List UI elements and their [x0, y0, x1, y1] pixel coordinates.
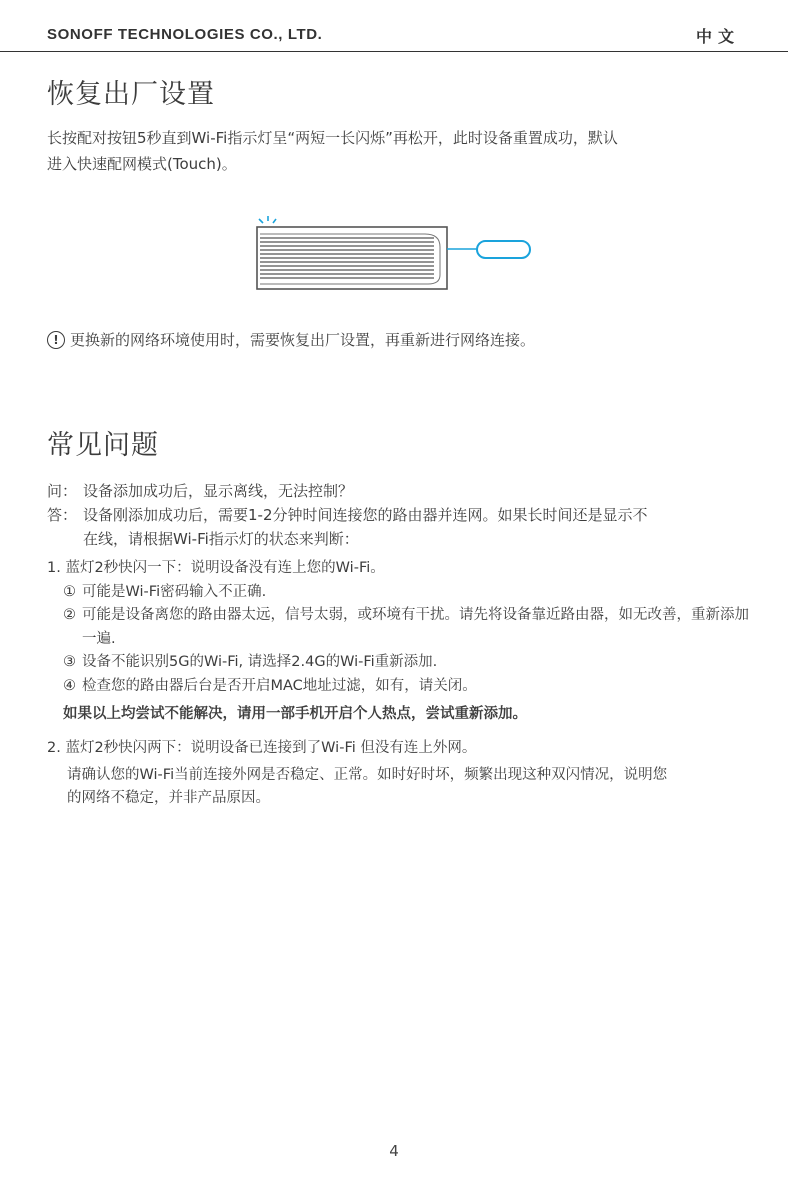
- item-number: ②: [63, 604, 82, 651]
- answer: 答： 设备刚添加成功后，需要1-2分钟时间连接您的路由器并连网。如果长时间还是显…: [47, 503, 762, 551]
- sonoff-device-illustration: [240, 205, 550, 305]
- case-2-title: 2. 蓝灯2秒快闪两下：说明设备已连接到了Wi-Fi 但没有连上外网。: [47, 737, 762, 761]
- body-line: 的网络不稳定，并非产品原因。: [67, 787, 762, 811]
- item-number: ④: [63, 675, 82, 699]
- case-2: 2. 蓝灯2秒快闪两下：说明设备已连接到了Wi-Fi 但没有连上外网。 请确认您…: [47, 737, 762, 811]
- item-text: 可能是Wi-Fi密码输入不正确.: [82, 581, 266, 605]
- note-text: 更换新的网络环境使用时，需要恢复出厂设置，再重新进行网络连接。: [70, 329, 535, 350]
- answer-label: 答：: [47, 503, 83, 551]
- faq-title: 常见问题: [47, 423, 159, 462]
- factory-reset-title: 恢复出厂设置: [47, 72, 215, 111]
- pairing-button-callout: [477, 241, 530, 258]
- page-number: 4: [0, 1142, 788, 1160]
- body-line: 进入快速配网模式(Touch)。: [47, 151, 747, 177]
- case-2-body: 请确认您的Wi-Fi当前连接外网是否稳定、正常。如时好时坏，频繁出现这种双闪情况…: [47, 764, 762, 811]
- led-flash-icon: [259, 216, 276, 223]
- item-text: 检查您的路由器后台是否开启MAC地址过滤，如有，请关闭。: [82, 675, 477, 699]
- item-text: 设备不能识别5G的Wi-Fi, 请选择2.4G的Wi-Fi重新添加.: [82, 651, 437, 675]
- answer-line: 设备刚添加成功后，需要1-2分钟时间连接您的路由器并连网。如果长时间还是显示不: [83, 506, 648, 524]
- reset-note: ! 更换新的网络环境使用时，需要恢复出厂设置，再重新进行网络连接。: [47, 329, 535, 350]
- faq-qa: 问： 设备添加成功后，显示离线，无法控制？ 答： 设备刚添加成功后，需要1-2分…: [47, 479, 762, 551]
- body-line: 请确认您的Wi-Fi当前连接外网是否稳定、正常。如时好时坏，频繁出现这种双闪情况…: [67, 764, 762, 788]
- list-item: ④ 检查您的路由器后台是否开启MAC地址过滤，如有，请关闭。: [47, 675, 762, 699]
- question-text: 设备添加成功后，显示离线，无法控制？: [83, 479, 353, 503]
- case-1: 1. 蓝灯2秒快闪一下：说明设备没有连上您的Wi-Fi。 ① 可能是Wi-Fi密…: [47, 557, 762, 727]
- case-1-title: 1. 蓝灯2秒快闪一下：说明设备没有连上您的Wi-Fi。: [47, 557, 762, 581]
- question-label: 问：: [47, 479, 83, 503]
- factory-reset-body: 长按配对按钮5秒直到Wi-Fi指示灯呈“两短一长闪烁”再松开，此时设备重置成功，…: [47, 125, 747, 177]
- item-text: 可能是设备离您的路由器太远，信号太弱，或环境有干扰。请先将设备靠近路由器，如无改…: [82, 604, 762, 651]
- answer-line: 在线，请根据Wi-Fi指示灯的状态来判断：: [83, 530, 359, 548]
- item-number: ③: [63, 651, 82, 675]
- hotspot-tip: 如果以上均尝试不能解决，请用一部手机开启个人热点，尝试重新添加。: [47, 703, 762, 727]
- body-line: 长按配对按钮5秒直到Wi-Fi指示灯呈“两短一长闪烁”再松开，此时设备重置成功，…: [47, 125, 747, 151]
- answer-text: 设备刚添加成功后，需要1-2分钟时间连接您的路由器并连网。如果长时间还是显示不 …: [83, 503, 648, 551]
- language-label: 中文: [696, 24, 740, 47]
- exclamation-circle-icon: !: [47, 331, 65, 349]
- page-header: SONOFF TECHNOLOGIES CO., LTD. 中文: [0, 0, 788, 52]
- question: 问： 设备添加成功后，显示离线，无法控制？: [47, 479, 762, 503]
- company-name: SONOFF TECHNOLOGIES CO., LTD.: [47, 26, 322, 43]
- list-item: ① 可能是Wi-Fi密码输入不正确.: [47, 581, 762, 605]
- list-item: ② 可能是设备离您的路由器太远，信号太弱，或环境有干扰。请先将设备靠近路由器，如…: [47, 604, 762, 651]
- item-number: ①: [63, 581, 82, 605]
- list-item: ③ 设备不能识别5G的Wi-Fi, 请选择2.4G的Wi-Fi重新添加.: [47, 651, 762, 675]
